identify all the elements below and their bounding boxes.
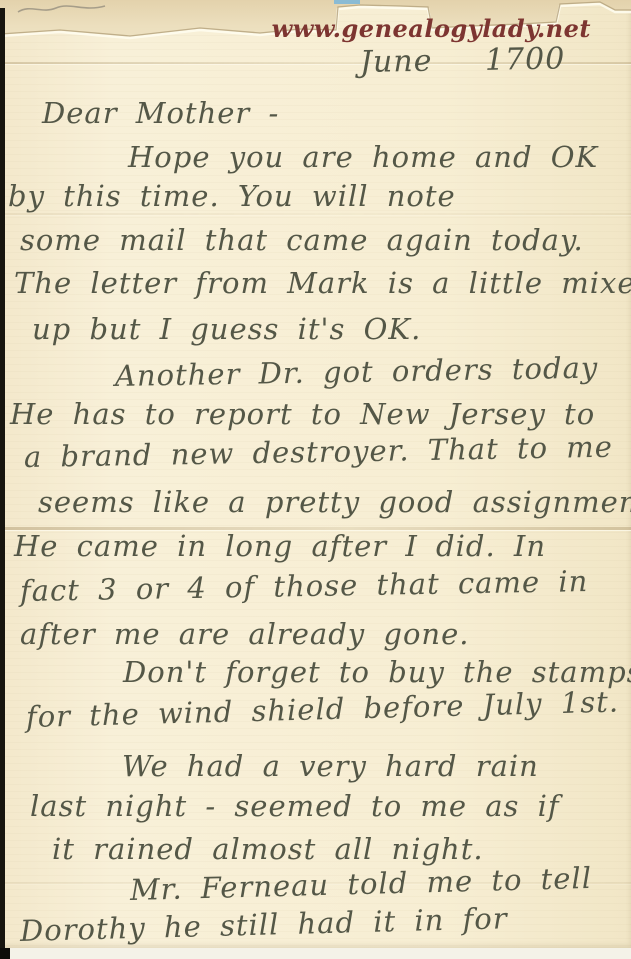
- letter-date: June 1700: [360, 44, 566, 78]
- salutation: Dear Mother -: [42, 99, 279, 128]
- letter-line: last night - seemed to me as if: [30, 792, 560, 821]
- letter-line: The letter from Mark is a little mixed: [14, 269, 631, 298]
- letter-line: it rained almost all night.: [52, 835, 484, 864]
- letter-line: He came in long after I did. In: [14, 532, 546, 561]
- letter-line: Hope you are home and OK: [128, 143, 598, 172]
- letter-line: after me are already gone.: [20, 620, 469, 649]
- letter-line: We had a very hard rain: [122, 752, 539, 781]
- letter-line: Don't forget to buy the stamps: [123, 658, 631, 687]
- letter-line: some mail that came again today.: [20, 226, 584, 255]
- letter-line: up but I guess it's OK.: [32, 315, 421, 344]
- scanner-notch: [0, 948, 10, 959]
- letter-line: seems like a pretty good assignment,: [38, 488, 631, 517]
- scanner-edge: [0, 8, 5, 948]
- watermark-text: www.genealogylady.net: [272, 14, 591, 43]
- letter-line: by this time. You will note: [8, 182, 456, 211]
- letter-line: Another Dr. got orders today: [115, 354, 599, 391]
- blue-mark: [334, 0, 360, 4]
- letter-line: He has to report to New Jersey to: [10, 400, 595, 429]
